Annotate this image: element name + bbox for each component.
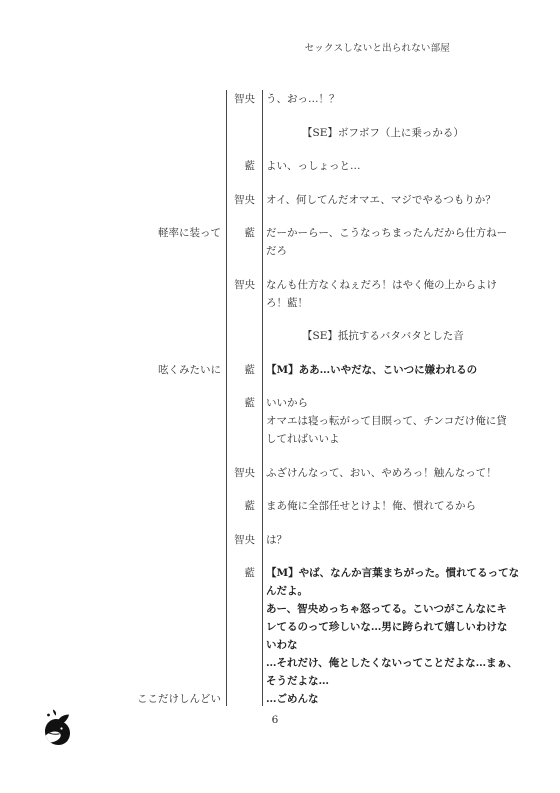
dialogue-line: だーかーらー、こうなっちまったんだから仕方ねー bbox=[266, 224, 560, 242]
dialogue-line: う、おっ…！？ bbox=[266, 90, 560, 108]
speaker-name: 藍 bbox=[226, 224, 262, 260]
dialogue-row: 軽率に装って藍だーかーらー、こうなっちまったんだから仕方ねーだろ bbox=[0, 224, 560, 260]
dialogue-row: 智央う、おっ…！？ bbox=[0, 90, 560, 108]
se-line: 【SE】抵抗するバタバタとした音 bbox=[302, 327, 560, 345]
margin-note bbox=[0, 497, 226, 515]
dialogue-text: ふざけんなって、おい、やめろっ！触んなって！ bbox=[262, 464, 560, 482]
dialogue-line: …それだけ、俺としたくないってことだよな…まぁ、 bbox=[266, 654, 560, 672]
whale-spout-drop bbox=[47, 714, 50, 717]
dialogue-text: まあ俺に全部任せとけよ！俺、慣れてるから bbox=[262, 497, 560, 515]
script-area: 智央う、おっ…！？【SE】ボフボフ（上に乗っかる）藍よい、っしょっと…智央オイ、… bbox=[0, 88, 560, 708]
page-number: 6 bbox=[0, 714, 550, 726]
script-rows: 智央う、おっ…！？【SE】ボフボフ（上に乗っかる）藍よい、っしょっと…智央オイ、… bbox=[0, 90, 560, 708]
speaker-name: 智央 bbox=[226, 531, 262, 549]
dialogue-line: ふざけんなって、おい、やめろっ！触んなって！ bbox=[266, 464, 560, 482]
dialogue-line: んだよ。 bbox=[266, 582, 560, 600]
whale-eye bbox=[60, 727, 62, 729]
se-row: 【SE】ボフボフ（上に乗っかる） bbox=[0, 124, 560, 142]
dialogue-line: あー、智央めっちゃ怒ってる。こいつがこんなにキ bbox=[266, 600, 560, 618]
name-column-rule-left bbox=[226, 90, 227, 706]
dialogue-row: 智央ふざけんなって、おい、やめろっ！触んなって！ bbox=[0, 464, 560, 482]
dialogue-row: 智央は？ bbox=[0, 531, 560, 549]
dialogue-line: レてるのって珍しいな…男に跨られて嬉しいわけな bbox=[266, 618, 560, 636]
margin-note: ここだけしんどい bbox=[0, 564, 226, 708]
margin-note bbox=[0, 276, 226, 312]
dialogue-text: 【M】ああ…いやだな、こいつに嫌われるの bbox=[262, 361, 560, 379]
margin-note bbox=[0, 327, 226, 345]
se-line: 【SE】ボフボフ（上に乗っかる） bbox=[302, 124, 560, 142]
dialogue-row: 呟くみたいに藍【M】ああ…いやだな、こいつに嫌われるの bbox=[0, 361, 560, 379]
se-text: 【SE】抵抗するバタバタとした音 bbox=[262, 327, 560, 345]
margin-note bbox=[0, 464, 226, 482]
dialogue-line: …ごめんな bbox=[266, 690, 560, 708]
dialogue-row: 藍まあ俺に全部任せとけよ！俺、慣れてるから bbox=[0, 497, 560, 515]
speaker-name: 藍 bbox=[226, 157, 262, 175]
speaker-name: 智央 bbox=[226, 276, 262, 312]
dialogue-row: 藍よい、っしょっと… bbox=[0, 157, 560, 175]
name-column-rule-right bbox=[262, 90, 263, 706]
dialogue-line: いわな bbox=[266, 636, 560, 654]
margin-note bbox=[0, 90, 226, 108]
margin-note-text: 呟くみたいに bbox=[0, 361, 221, 379]
speaker-name: 藍 bbox=[226, 361, 262, 379]
se-row: 【SE】抵抗するバタバタとした音 bbox=[0, 327, 560, 345]
dialogue-line: オマエは寝っ転がって目瞑って、チンコだけ俺に貸 bbox=[266, 412, 560, 430]
speaker-name: 藍 bbox=[226, 497, 262, 515]
margin-note bbox=[0, 191, 226, 209]
page-title: セックスしないと出られない部屋 bbox=[305, 43, 450, 54]
margin-note bbox=[0, 157, 226, 175]
dialogue-line: は？ bbox=[266, 531, 560, 549]
margin-note bbox=[0, 124, 226, 142]
dialogue-line: オイ、何してんだオマエ、マジでやるつもりか？ bbox=[266, 191, 560, 209]
dialogue-row: ここだけしんどい藍【M】やば、なんか言葉まちがった。慣れてるってなんだよ。あー、… bbox=[0, 564, 560, 708]
dialogue-line: してればいいよ bbox=[266, 430, 560, 448]
margin-note bbox=[0, 394, 226, 448]
dialogue-text: オイ、何してんだオマエ、マジでやるつもりか？ bbox=[262, 191, 560, 209]
dialogue-row: 智央オイ、何してんだオマエ、マジでやるつもりか？ bbox=[0, 191, 560, 209]
dialogue-line: 【M】ああ…いやだな、こいつに嫌われるの bbox=[266, 361, 560, 379]
speaker-name: 藍 bbox=[226, 564, 262, 708]
dialogue-text: 【M】やば、なんか言葉まちがった。慣れてるってなんだよ。あー、智央めっちゃ怒って… bbox=[262, 564, 560, 708]
whale-spout bbox=[53, 710, 56, 716]
dialogue-text: う、おっ…！？ bbox=[262, 90, 560, 108]
dialogue-row: 藍いいからオマエは寝っ転がって目瞑って、チンコだけ俺に貸してればいいよ bbox=[0, 394, 560, 448]
dialogue-line: よい、っしょっと… bbox=[266, 157, 560, 175]
dialogue-text: なんも仕方なくねぇだろ！はやく俺の上からよけろ！藍！ bbox=[262, 276, 560, 312]
dialogue-text: は？ bbox=[262, 531, 560, 549]
dialogue-line: だろ bbox=[266, 242, 560, 260]
speaker-name bbox=[226, 124, 262, 142]
whale-logo-icon bbox=[41, 708, 75, 748]
dialogue-line: いいから bbox=[266, 394, 560, 412]
dialogue-text: だーかーらー、こうなっちまったんだから仕方ねーだろ bbox=[262, 224, 560, 260]
margin-note: 呟くみたいに bbox=[0, 361, 226, 379]
speaker-name: 智央 bbox=[226, 90, 262, 108]
margin-note-text: ここだけしんどい bbox=[0, 690, 221, 708]
dialogue-row: 智央なんも仕方なくねぇだろ！はやく俺の上からよけろ！藍！ bbox=[0, 276, 560, 312]
margin-note bbox=[0, 531, 226, 549]
margin-note: 軽率に装って bbox=[0, 224, 226, 260]
margin-note-text: 軽率に装って bbox=[0, 224, 221, 242]
dialogue-line: まあ俺に全部任せとけよ！俺、慣れてるから bbox=[266, 497, 560, 515]
speaker-name: 智央 bbox=[226, 464, 262, 482]
dialogue-line: なんも仕方なくねぇだろ！はやく俺の上からよけ bbox=[266, 276, 560, 294]
speaker-name: 藍 bbox=[226, 394, 262, 448]
speaker-name bbox=[226, 327, 262, 345]
dialogue-text: よい、っしょっと… bbox=[262, 157, 560, 175]
dialogue-line: ろ！藍！ bbox=[266, 294, 560, 312]
dialogue-text: いいからオマエは寝っ転がって目瞑って、チンコだけ俺に貸してればいいよ bbox=[262, 394, 560, 448]
speaker-name: 智央 bbox=[226, 191, 262, 209]
script-page: セックスしないと出られない部屋 智央う、おっ…！？【SE】ボフボフ（上に乗っかる… bbox=[0, 0, 560, 793]
se-text: 【SE】ボフボフ（上に乗っかる） bbox=[262, 124, 560, 142]
dialogue-line: そうだよな… bbox=[266, 672, 560, 690]
dialogue-line: 【M】やば、なんか言葉まちがった。慣れてるってな bbox=[266, 564, 560, 582]
